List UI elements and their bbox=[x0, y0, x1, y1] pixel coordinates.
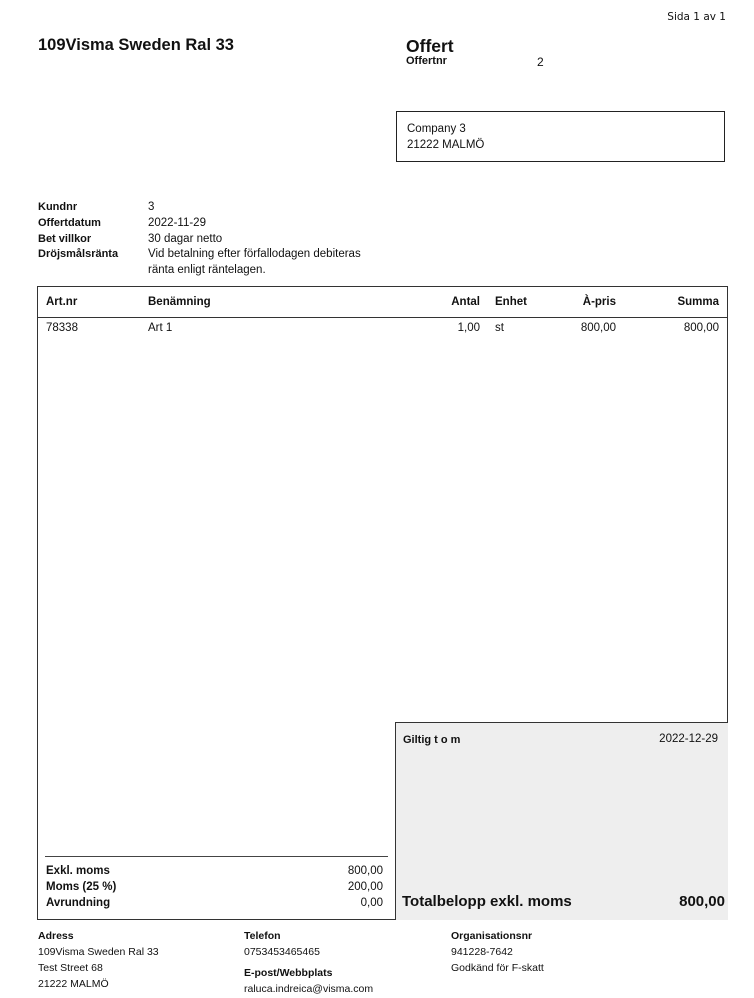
vat-label: Moms (25 %) bbox=[46, 881, 116, 893]
footer-email-value[interactable]: raluca.indreica@visma.com bbox=[244, 983, 373, 995]
header-unit: Enhet bbox=[495, 296, 527, 308]
header-divider bbox=[38, 317, 727, 318]
grand-total-label: Totalbelopp exkl. moms bbox=[402, 893, 572, 910]
validity-total-box: Giltig t o m 2022-12-29 Totalbelopp exkl… bbox=[395, 722, 728, 920]
valid-until-label: Giltig t o m bbox=[403, 734, 460, 746]
header-art-nr: Art.nr bbox=[46, 296, 77, 308]
sender-company-name: 109Visma Sweden Ral 33 bbox=[38, 36, 234, 55]
header-sum: Summa bbox=[677, 296, 719, 308]
footer-address-line2: Test Street 68 bbox=[38, 962, 103, 974]
footer-org-value: 941228-7642 bbox=[451, 946, 513, 958]
footer-org-label: Organisationsnr bbox=[451, 930, 532, 942]
rounding-value: 0,00 bbox=[361, 897, 383, 909]
customer-no-value: 3 bbox=[148, 200, 154, 216]
document-title: Offert bbox=[406, 36, 454, 57]
recipient-address-box: Company 3 21222 MALMÖ bbox=[396, 111, 725, 162]
excl-vat-value: 800,00 bbox=[348, 865, 383, 877]
offer-number-label: Offertnr bbox=[406, 55, 447, 67]
late-interest-line1: Vid betalning efter förfallodagen debite… bbox=[148, 247, 361, 263]
line-items-table: Art.nr Benämning Antal Enhet À-pris Summ… bbox=[37, 286, 728, 920]
row-sum: 800,00 bbox=[684, 322, 719, 334]
footer-address-label: Adress bbox=[38, 930, 74, 942]
valid-until-value: 2022-12-29 bbox=[659, 733, 718, 745]
offer-date-label: Offertdatum bbox=[38, 217, 101, 229]
grand-total-value: 800,00 bbox=[679, 893, 725, 910]
row-description: Art 1 bbox=[148, 322, 172, 334]
late-interest-label: Dröjsmålsränta bbox=[38, 248, 118, 260]
header-quantity: Antal bbox=[451, 296, 480, 308]
vat-value: 200,00 bbox=[348, 881, 383, 893]
customer-no-label: Kundnr bbox=[38, 201, 77, 213]
footer-phone-value: 0753453465465 bbox=[244, 946, 320, 958]
late-interest-line2: ränta enligt räntelagen. bbox=[148, 263, 266, 279]
header-unit-price: À-pris bbox=[583, 296, 616, 308]
row-quantity: 1,00 bbox=[458, 322, 480, 334]
recipient-postal: 21222 MALMÖ bbox=[407, 139, 484, 151]
row-unit: st bbox=[495, 322, 504, 334]
offer-date-value: 2022-11-29 bbox=[148, 216, 206, 232]
header-description: Benämning bbox=[148, 296, 211, 308]
offer-number-value: 2 bbox=[537, 55, 544, 69]
recipient-name: Company 3 bbox=[407, 123, 466, 135]
subtotal-divider bbox=[45, 856, 388, 857]
payment-terms-label: Bet villkor bbox=[38, 233, 91, 245]
row-unit-price: 800,00 bbox=[581, 322, 616, 334]
row-art-nr: 78338 bbox=[46, 322, 78, 334]
footer-address-line3: 21222 MALMÖ bbox=[38, 978, 109, 990]
excl-vat-label: Exkl. moms bbox=[46, 865, 110, 877]
footer-address-line1: 109Visma Sweden Ral 33 bbox=[38, 946, 159, 958]
rounding-label: Avrundning bbox=[46, 897, 110, 909]
footer-tax-note: Godkänd för F-skatt bbox=[451, 962, 544, 974]
page-indicator: Sida 1 av 1 bbox=[667, 11, 726, 23]
footer-email-label: E-post/Webbplats bbox=[244, 967, 332, 979]
payment-terms-value: 30 dagar netto bbox=[148, 232, 222, 248]
footer-phone-label: Telefon bbox=[244, 930, 281, 942]
